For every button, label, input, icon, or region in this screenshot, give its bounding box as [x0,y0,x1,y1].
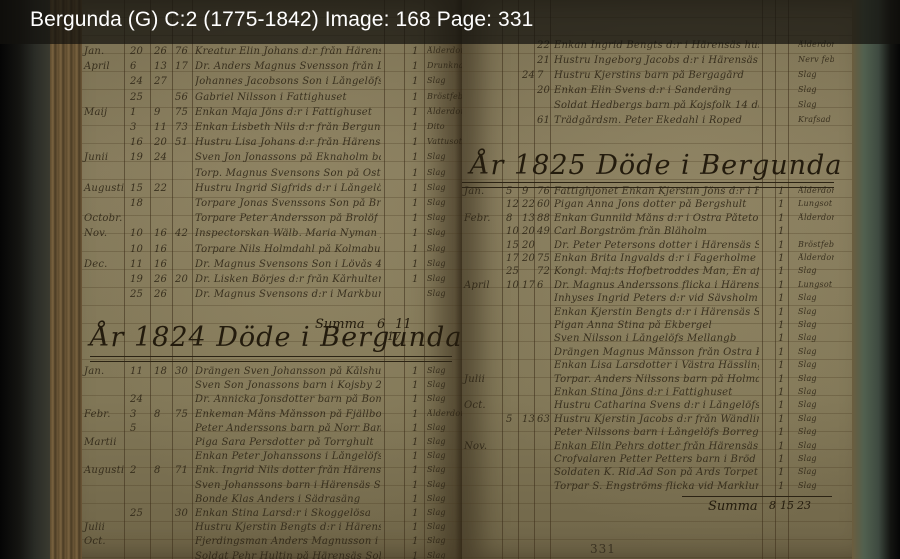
column-rule [502,0,503,559]
entry-cause: Dito [427,122,445,131]
entry-name: Enkeman Måns Månsson på Fjällbodden [195,409,381,420]
entry-mark: 1 [412,259,419,270]
entry-name: Torpare Nils Holmdahl på Kolmabult [195,244,381,255]
entry-day-death: 16 [130,137,143,148]
entry-name: Enk. Ingrid Nils dotter från Härensäs Sä… [195,465,381,476]
entry-day-death: 10 [506,226,519,237]
entry-month: Junii [84,152,108,163]
entry-cause: Lungsot [798,280,832,289]
entry-name: Dr. Peter Petersons dotter i Härensäs Su… [554,240,759,251]
heading-1825: År 1825 Döde i Bergunda Socken [470,150,900,181]
entry-day-burial: 22 [154,183,167,194]
entry-day-burial: 26 [154,46,167,57]
entry-day-death: 25 [130,92,143,103]
entry-cause: Slag [798,293,817,302]
entry-name: Enkan Elin Svens d:r i Sanderäng [554,85,732,96]
entry-day-death: 2 [130,465,137,476]
entry-cause: Slag [798,347,817,356]
entry-cause: Slag [427,437,446,446]
entry-name: Peter Anderssons barn på Norr Banberyd [195,423,381,434]
entry-age: 6 [537,280,544,291]
entry-cause: Slag [798,400,817,409]
entry-age: 42 [175,228,188,239]
entry-day-burial: 16 [154,228,167,239]
entry-cause: Slag [798,320,817,329]
entry-day-burial: 22 [522,199,535,210]
entry-name: Enkan Lisa Larsdotter i Västra Hässlinge… [554,360,759,371]
entry-day-burial: 27 [154,76,167,87]
entry-mark: 1 [412,244,419,255]
entry-day-burial: 11 [154,122,167,133]
entry-cause: Slag [427,274,446,283]
entry-day-death: 8 [506,213,513,224]
entry-cause: Slag [427,244,446,253]
entry-day-death: 5 [506,186,513,197]
entry-mark: 1 [778,400,785,411]
entry-month: Octobr. [84,213,123,224]
entry-cause: Slag [427,394,446,403]
entry-mark: 1 [412,107,419,118]
entry-day-burial: 13 [522,213,535,224]
entry-day-death: 18 [130,198,143,209]
entry-mark: 1 [778,320,785,331]
entry-age: 17 [175,61,188,72]
entry-day-death: 5 [130,423,137,434]
entry-cause: Slag [427,366,446,375]
entry-mark: 1 [412,152,419,163]
entry-day-burial: 26 [154,274,167,285]
entry-name: Dr. Anders Magnus Svensson från Lilla hu… [195,61,381,72]
entry-cause: Lungsot [798,199,832,208]
entry-cause: Slag [427,168,446,177]
entry-day-death: 10 [130,244,143,255]
page-number: 331 [590,542,616,556]
entry-mark: 1 [778,387,785,398]
entry-age: 20 [537,85,550,96]
entry-month: Martii [84,437,117,448]
entry-cause: Slag [427,198,446,207]
entry-day-burial: 26 [154,289,167,300]
entry-cause: Slag [427,380,446,389]
entry-mark: 1 [412,423,419,434]
entry-age: 71 [175,465,188,476]
entry-mark: 1 [412,522,419,533]
entry-day-burial: 17 [522,280,535,291]
entry-day-burial: 9 [154,107,161,118]
entry-mark: 1 [412,228,419,239]
entry-month: April [84,61,110,72]
entry-age: 88 [537,213,550,224]
entry-cause: Slag [798,414,817,423]
entry-cause: Slag [427,228,446,237]
entry-month: Febr. [464,213,491,224]
entry-day-burial: 20 [522,226,535,237]
entry-mark: 1 [412,494,419,505]
entry-cause: Slag [798,374,817,383]
entry-mark: 1 [778,427,785,438]
entry-cause: Slag [798,441,817,450]
entry-mark: 1 [778,441,785,452]
entry-cause: Slag [798,70,817,79]
entry-month: Augusti [84,183,124,194]
entry-month: Nov. [84,228,107,239]
entry-age: 49 [537,226,550,237]
entry-name: Torp. Magnus Svensons Son på Östra Ryd 2… [195,168,381,179]
entry-cause: Ålderdom [798,186,834,195]
entry-day-burial: 16 [154,259,167,270]
entry-name: Enkan Brita Ingvalds d:r i Fagerholme [554,253,756,264]
entry-month: Jan. [464,186,484,197]
entry-name: Soldat Pehr Hultin på Härensäs Soldat To… [195,551,381,559]
entry-day-death: 5 [506,414,513,425]
entry-mark: 1 [412,198,419,209]
entry-cause: Slag [427,259,446,268]
entry-mark: 1 [778,374,785,385]
entry-day-death: 10 [130,228,143,239]
entry-day-death: 12 [506,199,519,210]
entry-age: 60 [537,199,550,210]
entry-name: Bonde Klas Anders i Sädrasäng [195,494,360,505]
entry-name: Sven Son Jonassons barn i Kojsby 2 dagar… [195,380,381,391]
page-edges [50,0,82,559]
entry-name: Kongl. Maj:ts Hofbetroddes Man, En af Ri… [554,266,759,277]
column-rule [775,0,776,559]
entry-name: Hustru Ingeborg Jacobs d:r i Härensäs In… [554,55,759,66]
entry-cause: Ålderdom [798,213,834,222]
entry-mark: 1 [412,536,419,547]
entry-name: Inhyses Ingrid Peters d:r vid Sävsholm [554,293,758,304]
entry-name: Sven Nilsson i Långelöfs Mellangb [554,333,736,344]
entry-cause: Slag [427,183,446,192]
entry-name: Sven Johanssons barn i Härensäs Sunnaås [195,480,381,491]
entry-name: Johannes Jacobsons Son i Långelöfs Östre… [195,76,381,87]
entry-name: Hustru Kjerstin Jacobs d:r från Wändling… [554,414,759,425]
entry-day-death: 3 [130,409,137,420]
entry-day-burial: 13 [522,414,535,425]
entry-mark: 1 [778,467,785,478]
entry-age: 51 [175,137,188,148]
entry-name: Dr. Magnus Svensons d:r i Markbunda Bore… [195,289,381,300]
entry-day-burial: 20 [522,240,535,251]
entry-name: Peter Nilssons barn i Långelöfs Borregb [554,427,759,438]
entry-month: Julii [464,374,485,385]
entry-age: 75 [175,409,188,420]
entry-name: Pigan Anna Stina på Ekbergel [554,320,712,331]
entry-name: Hustru Kjerstins barn på Bergagård [554,70,744,81]
entry-mark: 1 [412,380,419,391]
entry-cause: Slag [427,289,446,298]
entry-mark: 1 [778,293,785,304]
entry-name: Enkan Peter Johanssons i Långelöfs Mella… [195,451,381,462]
entry-mark: 1 [412,61,419,72]
entry-name: Hustru Catharina Svens d:r i Långelöfs Ö… [554,400,759,411]
entry-name: Crofvalaren Petter Petters barn i Bröd 1… [554,454,759,465]
entry-cause: Slag [798,427,817,436]
entry-day-death: 17 [506,253,519,264]
entry-mark: 1 [778,240,785,251]
entry-mark: 1 [778,280,785,291]
entry-name: Enkan Gunnild Måns d:r i Östra Påtetorp [554,213,759,224]
entry-day-burial: 8 [154,409,161,420]
entry-age: 72 [537,266,550,277]
entry-mark: 1 [778,333,785,344]
entry-name: Drängen Sven Johansson på Kålshult [195,366,381,377]
column-rule [150,0,151,559]
document-viewer: Jan.202676Kreatur Elin Johans d:r från H… [0,0,900,559]
entry-age: 20 [175,274,188,285]
entry-cause: Ålderdom [798,253,834,262]
entry-month: Jan. [84,366,104,377]
entry-day-death: 15 [506,240,519,251]
entry-month: Augusti [84,465,124,476]
title-overlay: Bergunda (G) C:2 (1775-1842) Image: 168 … [0,0,900,44]
entry-name: Pigan Anna Jons dotter på Bergshult [554,199,747,210]
entry-mark: 1 [778,213,785,224]
entry-day-burial: 24 [522,70,535,81]
entry-day-death: 19 [130,152,143,163]
column-rule [404,0,405,559]
entry-month: Oct. [464,400,486,411]
entry-cause: Slag [798,85,817,94]
entry-mark: 1 [778,414,785,425]
entry-day-burial: 24 [154,152,167,163]
entry-month: Oct. [84,536,106,547]
entry-mark: 1 [412,394,419,405]
entry-age: 76 [537,186,550,197]
heading-underline [90,356,452,362]
entry-age: 30 [175,508,188,519]
entry-name: Torpare Jonas Svenssons Son på Brolöfs 9… [195,198,381,209]
entry-month: Jan. [84,46,104,57]
entry-name: Enkan Stina Larsd:r i Skoggelösa [195,508,371,519]
entry-age: 30 [175,366,188,377]
entry-mark: 1 [778,360,785,371]
entry-mark: 1 [412,168,419,179]
column-rule [762,0,763,559]
entry-name: Soldat Hedbergs barn på Kojsfolk 14 daga… [554,100,759,111]
entry-name: Kreatur Elin Johans d:r från Härensäs Su… [195,46,381,57]
entry-day-burial: 20 [522,253,535,264]
entry-age: 75 [175,107,188,118]
entry-age: 63 [537,414,550,425]
entry-cause: Slag [427,494,446,503]
entry-name: Fjerdingsman Anders Magnusson i Hartesäs… [195,536,381,547]
entry-cause: Slag [427,451,446,460]
entry-cause: Slag [798,467,817,476]
entry-name: Dr. Magnus Svensons Son i Lövås 4 dagar … [195,259,381,270]
entry-name: Enkan Lisbeth Nils d:r från Bergunda Mel… [195,122,381,133]
entry-mark: 1 [412,122,419,133]
entry-day-burial: 18 [154,366,167,377]
entry-day-death: 10 [506,280,519,291]
entry-mark: 1 [412,465,419,476]
entry-month: April [464,280,490,291]
entry-mark: 1 [412,274,419,285]
column-rule [192,0,193,559]
entry-cause: Slag [427,522,446,531]
summa-label: Summa [708,499,758,514]
entry-month: Febr. [84,409,111,420]
entry-month: Dec. [84,259,108,270]
entry-name: Carl Borgström från Bläholm [554,226,707,237]
entry-name: Fattighjonet Enkan Kjerstin Jöns d:r i F… [554,186,759,197]
entry-cause: Slag [798,100,817,109]
entry-cause: Slag [798,307,817,316]
entry-day-death: 11 [130,259,143,270]
entry-mark: 1 [778,266,785,277]
entry-cause: Bröstfeber [798,240,834,249]
entry-day-death: 15 [130,183,143,194]
book-cover-right [852,0,900,559]
entry-age: 73 [175,122,188,133]
entry-cause: Slag [427,213,446,222]
entry-mark: 1 [778,481,785,492]
entry-cause: Slag [798,333,817,342]
entry-name: Drängen Magnus Månsson från Östra Ryd [554,347,759,358]
entry-cause: Slag [798,387,817,396]
column-rule [424,0,425,559]
entry-day-death: 20 [130,46,143,57]
image-title: Bergunda (G) C:2 (1775-1842) Image: 168 … [30,8,533,32]
entry-month: Julii [84,522,105,533]
entry-mark: 1 [778,226,785,237]
entry-day-burial: 16 [154,244,167,255]
entry-mark: 1 [412,366,419,377]
entry-mark: 1 [412,508,419,519]
entry-mark: 1 [412,551,419,559]
entry-mark: 1 [778,307,785,318]
right-page: 22Enkan Ingrid Bengts d:r i Härensäs hus… [462,0,852,559]
entry-name: Gabriel Nilsson i Fattighuset [195,92,347,103]
entry-mark: 1 [778,199,785,210]
entry-name: Torpare Peter Andersson på Brolöf [195,213,378,224]
column-rule [172,0,173,559]
entry-cause: Slag [798,360,817,369]
entry-name: Dr. Annicka Jonsdotter barn på Bomberyd [195,394,381,405]
column-rule [384,0,385,559]
entry-mark: 1 [412,480,419,491]
entry-name: Enkan Stina Jöns d:r i Fattighuset [554,387,733,398]
entry-name: Hustru Lisa Johans d:r från Härensäs Söd… [195,137,381,148]
entry-cause: Nerv feber [798,55,834,64]
entry-cause: Slag [427,423,446,432]
entry-day-death: 19 [130,274,143,285]
entry-cause: Slag [798,481,817,490]
entry-name: Hustru Ingrid Sigfrids d:r i Långelöfs M… [195,183,381,194]
entry-cause: Krafsad [798,115,831,124]
entry-cause: Slag [798,454,817,463]
entry-day-death: 25 [130,289,143,300]
entry-day-death: 25 [130,508,143,519]
entry-name: Dr. Lisken Börjes d:r från Kårhultemon [195,274,381,285]
summa-value-1: 8 [769,499,776,512]
entry-cause: Slag [427,480,446,489]
entry-day-burial: 20 [154,137,167,148]
entry-cause: Slag [427,536,446,545]
entry-mark: 1 [412,451,419,462]
entry-name: Sven Jon Jonassons på Eknaholm barn 3 må… [195,152,381,163]
entry-cause: Slag [427,465,446,474]
entry-mark: 1 [412,213,419,224]
entry-day-death: 25 [506,266,519,277]
entry-day-death: 1 [130,107,137,118]
entry-mark: 1 [412,76,419,87]
column-rule [550,0,551,559]
summa-rule [682,496,832,497]
column-rule [788,0,789,559]
entry-age: 7 [537,70,544,81]
entry-day-death: 6 [130,61,137,72]
entry-day-death: 24 [130,76,143,87]
entry-mark: 1 [778,253,785,264]
entry-cause: Slag [427,152,446,161]
entry-name: Inspectorskan Wälb. Maria Nyman från Kol… [195,228,381,239]
entry-age: 76 [175,46,188,57]
entry-day-burial: 13 [154,61,167,72]
entry-mark: 1 [412,409,419,420]
entry-name: Torpar. Anders Nilssons barn på Holmahul… [554,374,759,385]
entry-cause: Slag [798,266,817,275]
entry-cause: Slag [427,508,446,517]
entry-mark: 1 [778,186,785,197]
entry-month: Nov. [464,441,487,452]
entry-age: 75 [537,253,550,264]
summa-value-2: 15 [780,499,794,512]
entry-day-death: 11 [130,366,143,377]
entry-name: Torpar S. Engströms flicka vid Marklunda… [554,481,759,492]
entry-mark: 1 [412,437,419,448]
entry-mark: 1 [412,137,419,148]
entry-age: 56 [175,92,188,103]
entry-month: Maij [84,107,107,118]
entry-name: Enkan Kjerstin Bengts d:r i Härensäs San… [554,307,759,318]
entry-name: Hustru Kjerstin Bengts d:r i Härensäs Su… [195,522,381,533]
entry-name: Dr. Magnus Anderssons flicka i Härensäs … [554,280,759,291]
entry-mark: 1 [412,183,419,194]
entry-name: Enkan Elin Pehrs dotter från Härensäs Bl… [554,441,759,452]
entry-age: 61 [537,115,550,126]
book-binding-left [0,0,50,559]
entry-age: 21 [537,55,550,66]
entry-mark: 1 [778,454,785,465]
entry-day-burial: 9 [522,186,529,197]
summa-value-3: 23 [797,499,811,512]
entry-name: Piga Sara Persdotter på Torrghult [195,437,374,448]
entry-day-death: 3 [130,122,137,133]
entry-name: Trädgårdsm. Peter Ekedahl i Roped [554,115,742,126]
entry-name: Soldaten K. Rid.Ad Son på Ards Torpet So… [554,467,759,478]
entry-day-death: 24 [130,394,143,405]
entry-cause: Slag [427,551,446,559]
entry-name: Enkan Maja Jöns d:r i Fattighuset [195,107,372,118]
entry-mark: 1 [412,46,419,57]
entry-mark: 1 [778,347,785,358]
entry-cause: Slag [427,76,446,85]
left-page: Jan.202676Kreatur Elin Johans d:r från H… [82,0,462,559]
entry-day-burial: 8 [154,465,161,476]
entry-mark: 1 [412,92,419,103]
